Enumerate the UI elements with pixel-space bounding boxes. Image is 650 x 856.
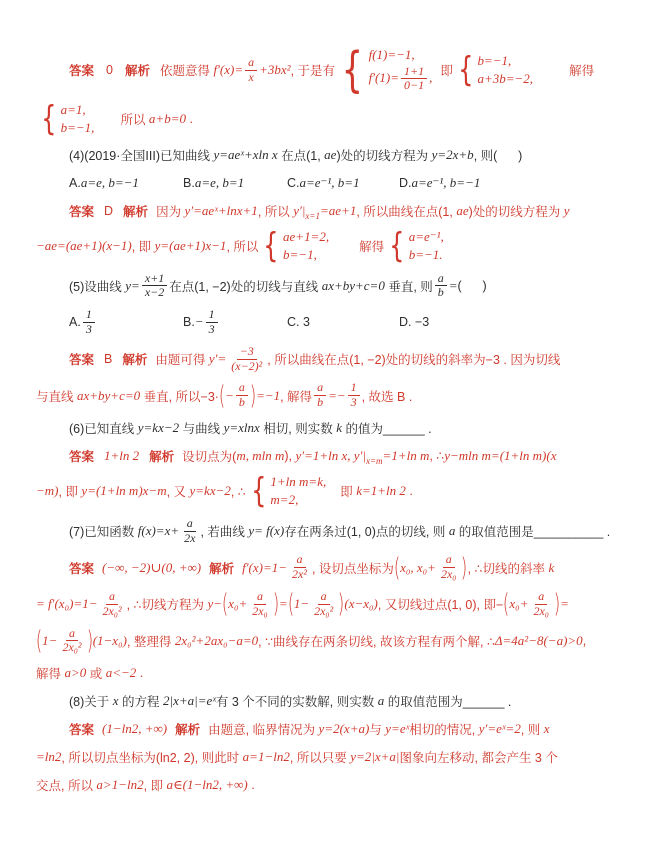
text-run: 由题意, 临界情况为: [208, 720, 318, 738]
text-run: , 所以: [226, 237, 258, 255]
math-run: 1+ln 2: [104, 448, 139, 464]
fraction: a2x₀²: [59, 627, 84, 656]
option-item: A.a=e, b=−1: [69, 175, 183, 191]
math-run: y−: [207, 596, 222, 612]
math-run: f(x)=x+: [138, 523, 179, 539]
cases-rows: f(1)=−1,f′(1)=1+10−1,: [369, 47, 433, 93]
text-run: A.: [69, 315, 81, 329]
math-run: a=e⁻¹,: [409, 229, 444, 246]
math-run: a: [187, 517, 193, 531]
text-run: 的值为______ .: [342, 419, 432, 437]
math-run: b: [438, 286, 444, 300]
cases-rows: b=−1,a+3b=−2,: [477, 53, 533, 88]
math-run: =−1: [256, 388, 280, 404]
math-run: Δ=4a²−8(−a)>0: [495, 633, 583, 649]
spacer: [96, 119, 120, 120]
math-run: =1+ln m: [383, 448, 430, 464]
math-run: b=−1.: [409, 247, 443, 264]
math-run: a: [321, 590, 327, 604]
fraction: ax: [245, 56, 257, 85]
sol5-line2: 与直线 ax+by+c=0 垂直, 所以−3·(−ab)=−1, 解得ab=−1…: [36, 381, 626, 410]
text-run: 的取值范围是__________ .: [455, 522, 610, 540]
spacer: [113, 210, 123, 211]
math-run: k: [548, 560, 554, 576]
sol7-line4: 解得 a>0 或 a<−2 .: [36, 663, 626, 683]
math-run: 1: [351, 381, 357, 395]
math-run: (x−2)²: [231, 360, 262, 374]
cases-group: {a=1,b=−1,: [38, 102, 94, 137]
math-run: −: [195, 314, 204, 330]
math-run: x+1: [145, 272, 164, 286]
text-run: D. −3: [399, 315, 429, 329]
q5-stem: (5)设曲线 y=x+1x−2在点(1, −2)处的切线与直线 ax+by+c=…: [36, 272, 626, 301]
fraction-denominator: 2x₀²: [311, 605, 336, 619]
math-run: b=−1,: [477, 53, 511, 70]
text-run: , ∴: [429, 448, 444, 463]
math-run: a=e, b=1: [195, 175, 244, 191]
left-brace-icon: {: [342, 46, 363, 94]
text-run: B: [104, 352, 112, 366]
fraction-denominator: b: [236, 396, 248, 410]
spacer: [147, 359, 155, 360]
math-run: 2x₀²: [62, 641, 81, 655]
math-run: a=e⁻¹, b=−1: [412, 175, 481, 191]
cases-rows: ae+1=2,b=−1,: [283, 229, 329, 264]
q4-stem: (4)(2019·全国III)已知曲线 y=aeˣ+xln x 在点(1, ae…: [36, 145, 626, 165]
math-run: (x−x₀): [344, 596, 378, 612]
option-item: B.a=e, b=1: [183, 175, 287, 191]
sol8-line2: =ln2, 所以切点坐标为(ln2, 2), 则此时 a=1−ln2, 所以只要…: [36, 747, 626, 767]
fraction: a2x: [181, 517, 198, 546]
text-run: .: [406, 484, 413, 498]
cases-row: a=e⁻¹,: [409, 229, 444, 246]
math-run: =ae+1: [320, 203, 356, 219]
math-run: (−∞, −2)∪(0, +∞): [102, 560, 201, 576]
answer-label: 解析: [122, 350, 147, 368]
option-item: D. −3: [399, 315, 429, 329]
math-run: ae: [324, 147, 336, 163]
fraction: a2x₀: [249, 590, 271, 619]
math-run: x₀+: [228, 596, 247, 612]
cases-row: f(1)=−1,: [369, 47, 415, 64]
math-run: 2x₀: [533, 605, 549, 619]
sol3-line2: {a=1,b=−1,所以 a+b=0 .: [36, 102, 626, 137]
math-run: =: [279, 596, 288, 612]
spacer: [167, 729, 175, 730]
answer-label: 答案: [69, 720, 94, 738]
fraction: 13: [348, 381, 360, 410]
spacer: [331, 246, 359, 247]
text-run: )处的切线方程为: [336, 146, 431, 164]
fraction: a2x₀²: [99, 590, 124, 619]
answer-label: 答案: [69, 350, 94, 368]
text-run: , 解得: [280, 387, 312, 405]
text-run: , 又切线过点(1, 0), 即−: [378, 595, 503, 613]
fraction-numerator: a: [106, 590, 118, 605]
spacer: [94, 455, 104, 456]
fraction-denominator: x: [245, 71, 256, 85]
math-run: y=kx−2: [138, 420, 179, 436]
math-run: x₀+: [509, 596, 528, 612]
text-run: , 所以切点坐标为(ln2, 2), 则此时: [61, 748, 242, 766]
q6-stem: (6)已知直线 y=kx−2 与曲线 y=xlnx 相切, 则实数 k 的值为_…: [36, 418, 626, 438]
cases-rows: 1+ln m=k,m=2,: [270, 474, 326, 509]
fraction: ab: [236, 381, 248, 410]
sol7-line2: = f′(x₀)=1−a2x₀², ∴切线方程为 y−(x₀+a2x₀)=(1−…: [36, 590, 626, 619]
text-run: , 所以曲线在点(1, −2)处的切线的斜率为−3 . 因为切线: [267, 350, 560, 368]
text-run: 解得: [36, 664, 64, 682]
math-run: ae: [456, 203, 468, 219]
math-run: y=(1+ln m)x−m: [81, 483, 166, 499]
option-item: D.a=e⁻¹, b=−1: [399, 175, 480, 191]
text-run: 相切, 则实数: [260, 419, 336, 437]
math-run: (1−x₀): [93, 633, 127, 649]
math-run: b: [239, 396, 245, 410]
text-run: 即: [340, 482, 356, 500]
option-item: C. 3: [287, 315, 399, 329]
math-run: =−: [328, 388, 346, 404]
text-run: , 设切点坐标为: [312, 559, 394, 577]
math-run: a: [317, 381, 323, 395]
math-run: y=2x+b: [432, 147, 474, 163]
math-run: 3: [351, 396, 357, 410]
document-page: 答案0解析依题意得 f′(x)=ax+3bx², 于是有{f(1)=−1,f′(…: [0, 0, 650, 795]
fraction-denominator: 0−1: [401, 79, 427, 93]
fraction-denominator: 2x₀: [438, 568, 460, 582]
text-run: (5)设曲线: [69, 277, 125, 295]
math-run: y=2|x+a|: [350, 749, 399, 765]
math-run: y′=: [209, 351, 226, 367]
text-run: , 故选 B .: [362, 387, 413, 405]
math-run: y′=eˣ=2: [479, 721, 521, 737]
math-run: 1: [209, 308, 215, 322]
cases-group: {ae+1=2,b=−1,: [260, 229, 329, 264]
fraction-denominator: x−2: [142, 286, 167, 300]
fraction-numerator: 1: [348, 381, 360, 396]
spacer: [200, 729, 208, 730]
paren-left: (: [288, 591, 294, 617]
math-run: b: [317, 396, 323, 410]
math-run: y=eˣ: [385, 721, 409, 737]
fraction: a2x₀: [530, 590, 552, 619]
sol7-line3: (1−a2x₀²)(1−x₀), 整理得 2x₀²+2ax₀−a=0, ∵曲线存…: [36, 627, 626, 656]
text-run: (6)已知直线: [69, 419, 138, 437]
text-run: )处的切线方程为: [469, 202, 564, 220]
math-run: y=: [125, 278, 140, 294]
fraction: ab: [435, 272, 447, 301]
fraction-numerator: −3: [237, 345, 257, 360]
text-run: , 所以: [258, 202, 293, 220]
sol4-line1: 答案D解析因为 y′=aeˣ+lnx+1, 所以 y′|x=1=ae+1, 所以…: [36, 201, 626, 221]
fraction-numerator: a: [184, 517, 196, 532]
math-run: y=xlnx: [224, 420, 260, 436]
cases-row: f′(1)=1+10−1,: [369, 65, 433, 94]
left-brace-icon: {: [41, 102, 56, 136]
spacer: [94, 729, 102, 730]
cases-row: 1+ln m=k,: [270, 474, 326, 491]
answer-label: 答案: [69, 61, 94, 79]
fraction-numerator: a: [294, 553, 306, 568]
text-run: 解得: [359, 237, 384, 255]
math-run: f′(x)=1−: [242, 560, 287, 576]
subscript: x=1: [305, 211, 320, 221]
paren-right: ): [338, 591, 344, 617]
spacer: [94, 359, 104, 360]
text-run: 交点, 所以: [36, 776, 96, 794]
text-run: C.: [287, 176, 300, 190]
text-run: (8)关于: [69, 692, 113, 710]
cases-row: b=−1.: [409, 247, 443, 264]
text-run: 与曲线: [179, 419, 223, 437]
fraction: x+1x−2: [142, 272, 167, 301]
text-run: , 所以只要: [290, 748, 350, 766]
sol8-line1: 答案(1−ln2, +∞)解析由题意, 临界情况为 y=2(x+a)与 y=eˣ…: [36, 719, 626, 739]
sol3-line1: 答案0解析依题意得 f′(x)=ax+3bx², 于是有{f(1)=−1,f′(…: [36, 46, 626, 94]
text-run: 有 3 个不同的实数解, 则实数: [216, 692, 378, 710]
fraction-numerator: 1: [206, 308, 218, 323]
option-item: C.a=e⁻¹, b=1: [287, 175, 399, 191]
text-run: 与: [369, 720, 385, 738]
text-run: 0: [106, 63, 113, 77]
math-run: f(1)=−1,: [369, 47, 415, 64]
math-run: a: [257, 590, 263, 604]
text-run: 存在两条过(1, 0)点的切线, 则: [284, 522, 449, 540]
spacer: [174, 455, 182, 456]
text-run: D.: [399, 176, 412, 190]
math-run: m=2,: [270, 492, 298, 509]
cases-row: b=−1,: [283, 247, 317, 264]
math-run: a: [538, 590, 544, 604]
math-run: =ln2: [36, 749, 61, 765]
q4-options: A.a=e, b=−1B.a=e, b=1C.a=e⁻¹, b=1D.a=e⁻¹…: [36, 173, 626, 193]
text-run: , 于是有: [291, 61, 335, 79]
math-run: b=−1,: [283, 247, 317, 264]
paren-left: (: [219, 383, 225, 409]
fraction-denominator: 2x: [181, 532, 198, 546]
math-run: 1−: [42, 633, 57, 649]
text-run: 垂直, 所以−3·: [140, 387, 219, 405]
answer-label: 解析: [123, 202, 148, 220]
text-run: , 所以曲线在点(1,: [356, 202, 456, 220]
fraction-denominator: b: [314, 396, 326, 410]
text-run: , 则: [521, 720, 544, 738]
sol4-line2: −ae=(ae+1)(x−1), 即 y=(ae+1)x−1, 所以{ae+1=…: [36, 229, 626, 264]
math-run: 2|x+a|=eˣ: [163, 693, 216, 709]
answer-label: 答案: [69, 447, 94, 465]
paren-right: ): [554, 591, 560, 617]
math-run: =: [449, 278, 458, 294]
spacer: [94, 70, 106, 71]
spacer: [94, 210, 104, 211]
fraction-numerator: a: [245, 56, 257, 71]
text-run: , 又: [167, 482, 190, 500]
fraction-numerator: a: [318, 590, 330, 605]
math-run: y′=aeˣ+lnx+1: [185, 203, 258, 219]
spacer: [328, 491, 340, 492]
math-run: y= f(x): [248, 523, 284, 539]
answer-label: 解析: [209, 559, 234, 577]
fraction-numerator: a: [254, 590, 266, 605]
paren-right: ): [273, 591, 279, 617]
math-run: 2x: [184, 532, 195, 546]
text-run: , 若曲线: [200, 522, 248, 540]
text-run: 的方程: [119, 692, 163, 710]
cases-row: b=−1,: [477, 53, 511, 70]
text-run: 与直线: [36, 387, 77, 405]
sol6-line2: −m), 即 y=(1+ln m)x−m, 又 y=kx−2, ∴{1+ln m…: [36, 474, 626, 509]
math-run: a+3b=−2,: [477, 71, 533, 88]
math-run: 3: [86, 323, 92, 337]
math-run: (1−ln2, +∞): [102, 721, 167, 737]
math-run: ax+by+c=0: [77, 388, 140, 404]
fraction-numerator: a: [535, 590, 547, 605]
math-run: a: [248, 56, 254, 70]
text-run: (7)已知函数: [69, 522, 138, 540]
fraction-numerator: a: [443, 553, 455, 568]
cases-row: a+3b=−2,: [477, 71, 533, 88]
math-run: 2x₀²: [102, 605, 121, 619]
math-run: ,: [429, 70, 432, 87]
sol6-line1: 答案1+ln 2解析设切点为(m, mln m), y′=1+ln x, y′|…: [36, 446, 626, 466]
cases-group: {b=−1,a+3b=−2,: [455, 53, 533, 88]
math-run: y−mln m=(1+ln m)(x: [444, 448, 556, 464]
math-run: 2x₀²+2ax₀−a=0: [175, 633, 258, 649]
paren-right: ): [250, 383, 256, 409]
cases-row: m=2,: [270, 492, 298, 509]
left-brace-icon: {: [251, 474, 266, 508]
option-item: A.13: [69, 308, 183, 337]
text-run: , ∴: [231, 484, 246, 499]
text-run: , 整理得: [127, 632, 175, 650]
fraction-numerator: 1: [83, 308, 95, 323]
text-run: 解得: [569, 61, 594, 79]
text-run: B.: [183, 176, 195, 190]
fraction-numerator: x+1: [142, 272, 167, 287]
math-run: y=aeˣ+xln x: [213, 147, 277, 163]
math-run: f′(1)=: [369, 70, 399, 87]
math-run: y′=1+ln x, y′|: [295, 448, 365, 464]
text-run: 所以: [120, 110, 148, 128]
math-run: a>0: [64, 665, 86, 681]
answer-label: 解析: [175, 720, 200, 738]
spacer: [112, 359, 122, 360]
fraction: a2x²: [289, 553, 310, 582]
math-run: a: [438, 272, 444, 286]
cases-group: {f(1)=−1,f′(1)=1+10−1,: [337, 46, 432, 94]
text-run: 或: [86, 664, 105, 682]
fraction-denominator: 2x₀²: [99, 605, 124, 619]
math-run: 2x₀: [441, 568, 457, 582]
cases-row: b=−1,: [61, 120, 95, 137]
text-run: (4)(2019·全国III)已知曲线: [69, 146, 213, 164]
text-run: 垂直, 则: [385, 277, 433, 295]
fraction-denominator: 3: [206, 323, 218, 337]
spacer: [201, 567, 209, 568]
fraction-denominator: 2x₀²: [59, 641, 84, 655]
fraction: ab: [314, 381, 326, 410]
math-run: 1: [86, 308, 92, 322]
q7-stem: (7)已知函数 f(x)=x+a2x, 若曲线 y= f(x)存在两条过(1, …: [36, 517, 626, 546]
text-run: , ∴切线方程为: [127, 595, 208, 613]
cases-rows: a=e⁻¹,b=−1.: [409, 229, 444, 264]
math-run: −ae=(ae+1)(x−1): [36, 238, 132, 254]
answer-label: 答案: [69, 559, 94, 577]
math-run: +3bx²: [259, 62, 290, 78]
fraction-numerator: a: [236, 381, 248, 396]
fraction-denominator: 3: [348, 396, 360, 410]
math-run: a+b=0: [149, 111, 186, 127]
math-run: a=e⁻¹, b=1: [300, 175, 360, 191]
text-run: 的取值范围为______ .: [384, 692, 511, 710]
math-run: a>1−ln2: [96, 777, 143, 793]
math-run: a<−2: [106, 665, 137, 681]
math-run: x: [248, 71, 253, 85]
text-run: , 即: [132, 237, 155, 255]
math-run: a: [109, 590, 115, 604]
math-run: a=e, b=−1: [81, 175, 139, 191]
left-brace-icon: {: [264, 229, 279, 263]
text-run: .: [136, 666, 143, 680]
paren-left: (: [503, 591, 509, 617]
cases-rows: a=1,b=−1,: [61, 102, 95, 137]
text-run: .: [186, 112, 193, 126]
math-run: x: [544, 721, 550, 737]
spacer: [234, 567, 242, 568]
text-run: 即: [440, 61, 453, 79]
text-run: ,: [583, 634, 586, 648]
fraction-denominator: 2x₀: [249, 605, 271, 619]
sol7-line1: 答案(−∞, −2)∪(0, +∞)解析f′(x)=1−a2x², 设切点坐标为…: [36, 553, 626, 582]
text-run: 依题意得: [160, 61, 213, 79]
text-run: , 即: [59, 482, 82, 500]
math-run: a=1−ln2: [243, 749, 290, 765]
math-run: a: [239, 381, 245, 395]
text-run: 由题可得: [155, 350, 208, 368]
math-run: ax+by+c=0: [322, 278, 385, 294]
text-run: .: [248, 778, 255, 792]
text-run: A.: [69, 176, 81, 190]
text-run: , ∴切线的斜率: [468, 559, 549, 577]
fraction-denominator: 2x²: [289, 568, 310, 582]
text-run: 图象向左移动, 都会产生 3 个: [400, 748, 558, 766]
text-run: 在点(1, −2)处的切线与直线: [169, 277, 321, 295]
fraction-numerator: a: [435, 272, 447, 287]
text-run: 因为: [156, 202, 184, 220]
spacer: [139, 455, 149, 456]
sol5-line1: 答案B解析由题可得 y′=−3(x−2)², 所以曲线在点(1, −2)处的切线…: [36, 345, 626, 374]
cases-group: {a=e⁻¹,b=−1.: [386, 229, 444, 264]
math-run: y′|: [293, 203, 305, 219]
fraction-denominator: (x−2)²: [228, 360, 265, 374]
math-run: a∈(1−ln2, +∞): [167, 777, 248, 793]
math-run: 1−: [294, 596, 309, 612]
math-run: 2x₀: [252, 605, 268, 619]
fraction: 13: [83, 308, 95, 337]
text-run: , 即: [144, 776, 167, 794]
paren-left: (: [222, 591, 228, 617]
spacer: [535, 70, 569, 71]
math-run: y=kx−2: [190, 483, 231, 499]
math-run: ae+1=2,: [283, 229, 329, 246]
text-run: C. 3: [287, 315, 310, 329]
spacer: [113, 70, 125, 71]
subscript: x=m: [366, 456, 383, 466]
option-item: B.−13: [183, 308, 287, 337]
text-run: D: [104, 204, 113, 218]
fraction-numerator: a: [66, 627, 78, 642]
math-run: −m): [36, 483, 59, 499]
q8-stem: (8)关于 x 的方程 2|x+a|=eˣ有 3 个不同的实数解, 则实数 a …: [36, 691, 626, 711]
